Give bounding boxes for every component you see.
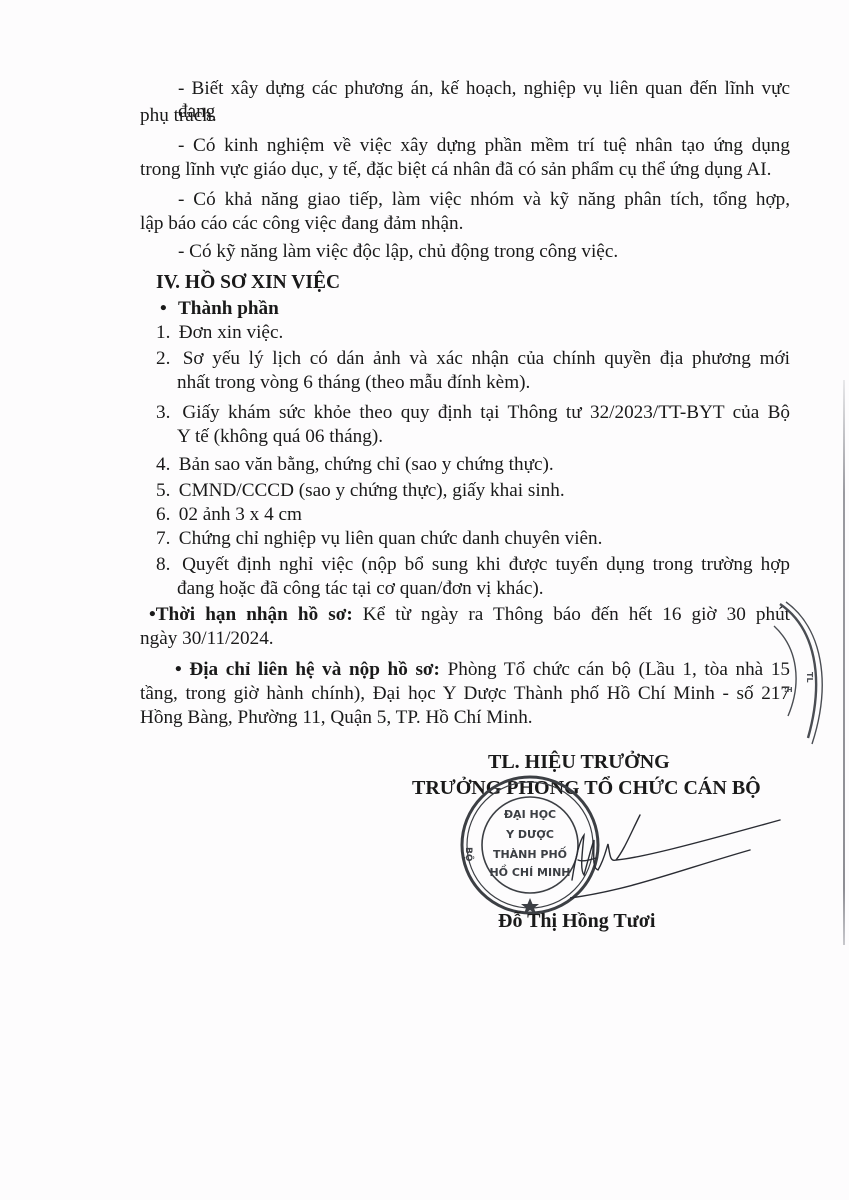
address-line3: Hồng Bàng, Phường 11, Quận 5, TP. Hồ Chí… bbox=[140, 706, 533, 729]
bullet-icon: • bbox=[160, 297, 178, 320]
scan-edge-line bbox=[843, 380, 845, 945]
deadline-label: •Thời hạn nhận hồ sơ: bbox=[149, 604, 353, 625]
list-item-text: Quyết định nghỉ việc (nộp bổ sung khi đư… bbox=[182, 554, 790, 575]
document-page: - Biết xây dựng các phương án, kế hoạch,… bbox=[0, 0, 849, 1200]
list-item-number: 5. bbox=[156, 479, 174, 502]
requirement-2-line2: trong lĩnh vực giáo dục, y tế, đặc biệt … bbox=[140, 158, 790, 181]
deadline-text: Kể từ ngày ra Thông báo đến hết 16 giờ 3… bbox=[363, 604, 790, 625]
requirement-2-line1: - Có kinh nghiệm về việc xây dựng phần m… bbox=[178, 134, 790, 157]
section-heading: IV. HỒ SƠ XIN VIỆC bbox=[156, 271, 340, 294]
list-item: 1. Đơn xin việc. bbox=[156, 321, 283, 344]
list-item: 3. Giấy khám sức khỏe theo quy định tại … bbox=[156, 401, 790, 424]
stamp-side-text: BỘ bbox=[463, 847, 474, 862]
requirement-4: - Có kỹ năng làm việc độc lập, chủ động … bbox=[178, 240, 618, 263]
list-item: 8. Quyết định nghỉ việc (nộp bổ sung khi… bbox=[156, 553, 790, 576]
requirement-3-line2: lập báo cáo các công việc đang đảm nhận. bbox=[140, 212, 463, 235]
list-item-text: Đơn xin việc. bbox=[179, 322, 283, 343]
list-item-number: 1. bbox=[156, 321, 174, 344]
list-item-number: 7. bbox=[156, 527, 174, 550]
stamp-text-line: Y DƯỢC bbox=[505, 828, 554, 841]
list-item-continuation: nhất trong vòng 6 tháng (theo mẫu đính k… bbox=[177, 371, 530, 394]
components-heading: •Thành phần bbox=[160, 297, 279, 320]
list-item: 2. Sơ yếu lý lịch có dán ảnh và xác nhận… bbox=[156, 347, 790, 370]
list-item-text: 02 ảnh 3 x 4 cm bbox=[179, 504, 302, 525]
deadline-line1: •Thời hạn nhận hồ sơ: Kể từ ngày ra Thôn… bbox=[149, 603, 790, 626]
list-item-number: 2. bbox=[156, 347, 174, 370]
requirement-1-line1: - Biết xây dựng các phương án, kế hoạch,… bbox=[178, 77, 790, 123]
list-item-continuation: Y tế (không quá 06 tháng). bbox=[177, 425, 383, 448]
list-item-number: 3. bbox=[156, 401, 174, 424]
partial-stamp-arc: TL :H bbox=[760, 598, 849, 748]
list-item-text: CMND/CCCD (sao y chứng thực), giấy khai … bbox=[179, 480, 565, 501]
list-item: 7. Chứng chỉ nghiệp vụ liên quan chức da… bbox=[156, 527, 602, 550]
list-item-text: Sơ yếu lý lịch có dán ảnh và xác nhận củ… bbox=[183, 348, 790, 369]
list-item-continuation: đang hoặc đã công tác tại cơ quan/đơn vị… bbox=[177, 577, 544, 600]
address-text: Phòng Tổ chức cán bộ (Lầu 1, tòa nhà 15 bbox=[448, 659, 790, 680]
requirement-1-line2: phụ trách. bbox=[140, 104, 217, 127]
list-item: 4. Bản sao văn bằng, chứng chỉ (sao y ch… bbox=[156, 453, 554, 476]
components-label: Thành phần bbox=[178, 298, 279, 319]
address-line2: tầng, trong giờ hành chính), Đại học Y D… bbox=[140, 682, 790, 705]
signer-name: Đỗ Thị Hồng Tươi bbox=[498, 909, 655, 933]
deadline-line2: ngày 30/11/2024. bbox=[140, 627, 274, 650]
svg-text::H: :H bbox=[784, 686, 793, 694]
list-item-number: 8. bbox=[156, 553, 174, 576]
list-item-text: Bản sao văn bằng, chứng chỉ (sao y chứng… bbox=[179, 454, 554, 475]
svg-text:TL: TL bbox=[805, 672, 814, 683]
stamp-text-line: HỒ CHÍ MINH bbox=[489, 864, 570, 879]
list-item: 5. CMND/CCCD (sao y chứng thực), giấy kh… bbox=[156, 479, 565, 502]
handwritten-signature bbox=[570, 800, 800, 920]
address-label: • Địa chỉ liên hệ và nộp hồ sơ: bbox=[175, 659, 440, 680]
list-item: 6. 02 ảnh 3 x 4 cm bbox=[156, 503, 302, 526]
list-item-number: 6. bbox=[156, 503, 174, 526]
address-line1: • Địa chỉ liên hệ và nộp hồ sơ: Phòng Tổ… bbox=[175, 658, 790, 681]
list-item-number: 4. bbox=[156, 453, 174, 476]
stamp-text-line: THÀNH PHỐ bbox=[493, 846, 567, 861]
list-item-text: Chứng chỉ nghiệp vụ liên quan chức danh … bbox=[179, 528, 603, 549]
list-item-text: Giấy khám sức khỏe theo quy định tại Thô… bbox=[182, 402, 790, 423]
requirement-3-line1: - Có khả năng giao tiếp, làm việc nhóm v… bbox=[178, 188, 790, 211]
stamp-text-line: ĐẠI HỌC bbox=[504, 808, 556, 821]
